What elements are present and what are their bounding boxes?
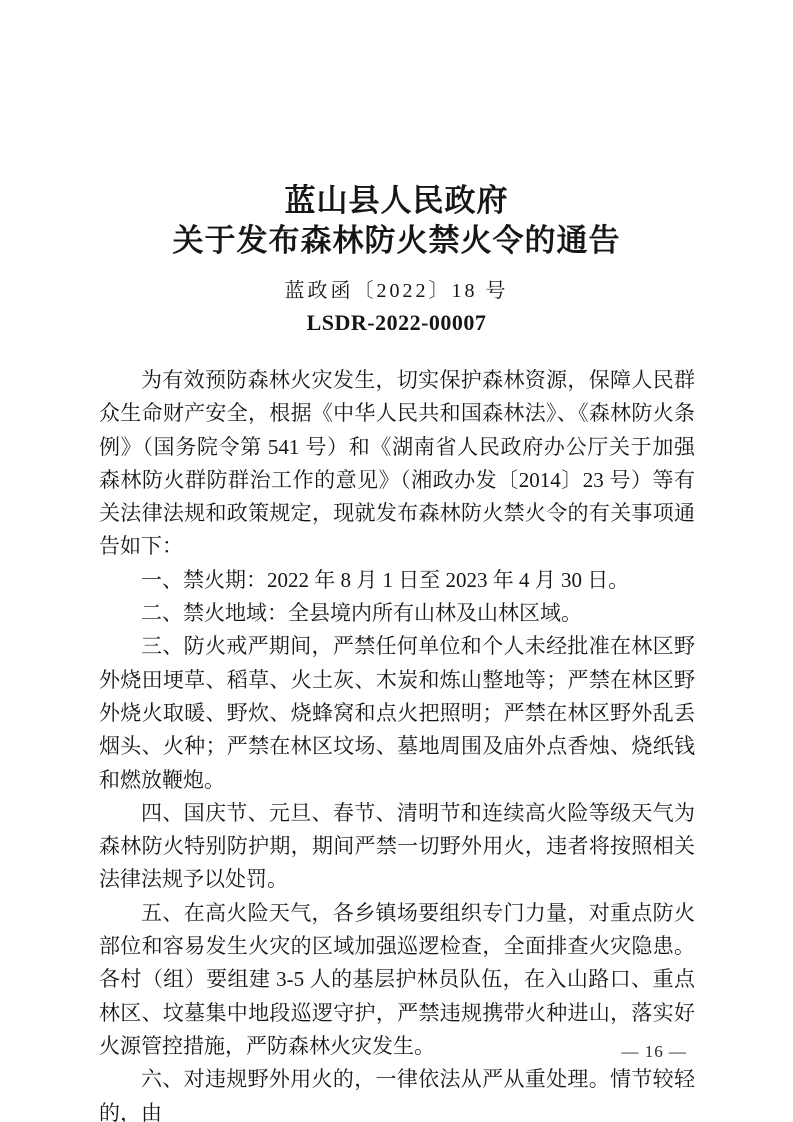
paragraph-item-3: 三、防火戒严期间，严禁任何单位和个人未经批准在林区野外烧田埂草、稻草、火土灰、木… (99, 630, 695, 796)
paragraph-item-6: 六、对违规野外用火的，一律依法从严从重处理。情节较轻的，由 (99, 1063, 695, 1122)
document-page: 蓝山县人民政府 关于发布森林防火禁火令的通告 蓝政函〔2022〕18 号 LSD… (0, 0, 793, 1122)
document-title-line2: 关于发布森林防火禁火令的通告 (0, 221, 793, 261)
paragraph-item-2: 二、禁火地域：全县境内所有山林及山林区域。 (99, 597, 695, 630)
paragraph-item-4: 四、国庆节、元旦、春节、清明节和连续高火险等级天气为森林防火特别防护期，期间严禁… (99, 797, 695, 897)
document-body: 为有效预防森林火灾发生，切实保护森林资源，保障人民群众生命财产安全，根据《中华人… (99, 364, 695, 1122)
document-header: 蓝山县人民政府 关于发布森林防火禁火令的通告 蓝政函〔2022〕18 号 LSD… (0, 181, 793, 336)
page-number: — 16 — (622, 1042, 688, 1062)
registration-number: LSDR-2022-00007 (0, 310, 793, 336)
document-number: 蓝政函〔2022〕18 号 (0, 274, 793, 303)
paragraph-intro: 为有效预防森林火灾发生，切实保护森林资源，保障人民群众生命财产安全，根据《中华人… (99, 364, 695, 564)
document-title-line1: 蓝山县人民政府 (0, 181, 793, 221)
paragraph-item-5: 五、在高火险天气，各乡镇场要组织专门力量，对重点防火部位和容易发生火灾的区域加强… (99, 897, 695, 1063)
paragraph-item-1: 一、禁火期：2022 年 8 月 1 日至 2023 年 4 月 30 日。 (99, 564, 695, 597)
